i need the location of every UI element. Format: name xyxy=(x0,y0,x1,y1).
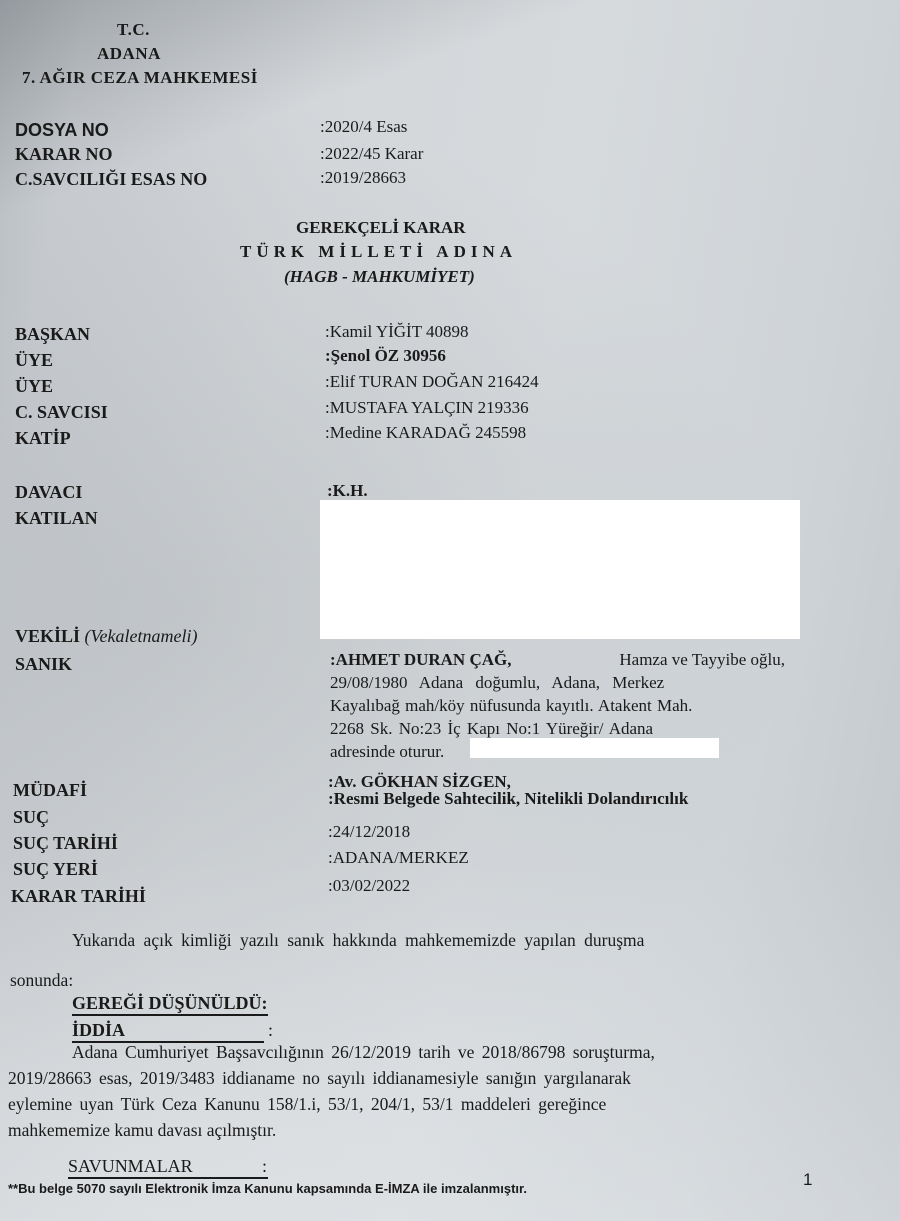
panel-label: ÜYE xyxy=(15,376,53,397)
detail-label: SUÇ xyxy=(13,807,49,828)
heading-text: SAVUNMALAR xyxy=(68,1156,268,1179)
redacted-block xyxy=(320,500,800,639)
detail-label: SUÇ YERİ xyxy=(13,859,98,880)
attorney-label: VEKİLİ (Vekaletnameli) xyxy=(15,626,197,647)
panel-value: :Kamil YİĞİT 40898 xyxy=(325,322,469,342)
defendant-line: :AHMET DURAN ÇAĞ, Hamza ve Tayyibe oğlu, xyxy=(330,648,785,671)
detail-value: :03/02/2022 xyxy=(328,876,410,896)
detail-value: :Resmi Belgede Sahtecilik, Nitelikli Dol… xyxy=(328,789,688,809)
detail-value: :ADANA/MERKEZ xyxy=(328,848,469,868)
defendant-name: :AHMET DURAN ÇAĞ, xyxy=(330,648,512,671)
defendant-line: 2268 Sk. No:23 İç Kapı No:1 Yüreğir/ Ada… xyxy=(330,717,785,740)
defendant-line: 29/08/1980 Adana doğumlu, Adana, Merkez xyxy=(330,671,785,694)
heading-colon: : xyxy=(262,1156,267,1176)
page-number: 1 xyxy=(803,1170,812,1190)
section-heading-considered: GEREĞİ DÜŞÜNÜLDÜ: xyxy=(72,993,268,1016)
claim-line: eylemine uyan Türk Ceza Kanunu 158/1.i, … xyxy=(8,1092,606,1117)
decision-subtitle: TÜRK MİLLETİ ADINA xyxy=(240,242,517,262)
redacted-address xyxy=(470,738,719,758)
header-city: ADANA xyxy=(97,44,161,64)
e-signature-note: **Bu belge 5070 sayılı Elektronik İmza K… xyxy=(8,1181,527,1196)
intro-line: sonunda: xyxy=(10,968,73,993)
case-value: :2020/4 Esas xyxy=(320,117,407,137)
detail-value: :24/12/2018 xyxy=(328,822,410,842)
defendant-label: SANIK xyxy=(15,654,72,675)
heading-text: GEREĞİ DÜŞÜNÜLDÜ: xyxy=(72,993,268,1016)
plaintiff-label: DAVACI xyxy=(15,482,82,503)
panel-label: C. SAVCISI xyxy=(15,402,108,423)
plaintiff-value: :K.H. xyxy=(327,481,368,501)
panel-value: :Şenol ÖZ 30956 xyxy=(325,346,446,366)
detail-label: SUÇ TARİHİ xyxy=(13,833,118,854)
section-heading-defenses: SAVUNMALAR: xyxy=(68,1156,267,1179)
header-tc: T.C. xyxy=(117,20,150,40)
case-value: :2022/45 Karar xyxy=(320,144,423,164)
panel-label: ÜYE xyxy=(15,350,53,371)
claim-line: Adana Cumhuriyet Başsavcılığının 26/12/2… xyxy=(72,1040,655,1065)
heading-colon: : xyxy=(268,1020,273,1040)
case-label: DOSYA NO xyxy=(15,120,109,141)
panel-label: KATİP xyxy=(15,428,71,449)
panel-value: :Medine KARADAĞ 245598 xyxy=(325,423,526,443)
claim-line: mahkememize kamu davası açılmıştır. xyxy=(8,1118,276,1143)
defendant-line: Kayalıbağ mah/köy nüfusunda kayıtlı. Ata… xyxy=(330,694,785,717)
attorney-label-text: VEKİLİ xyxy=(15,626,80,646)
decision-title: GEREKÇELİ KARAR xyxy=(296,218,466,238)
panel-value: :Elif TURAN DOĞAN 216424 xyxy=(325,372,539,392)
defendant-parents: Hamza ve Tayyibe oğlu, xyxy=(619,648,785,671)
intervener-label: KATILAN xyxy=(15,508,98,529)
attorney-note: (Vekaletnameli) xyxy=(85,626,198,646)
claim-line: 2019/28663 esas, 2019/3483 iddianame no … xyxy=(8,1066,631,1091)
detail-label: MÜDAFİ xyxy=(13,780,87,801)
header-court: 7. AĞIR CEZA MAHKEMESİ xyxy=(22,68,258,88)
panel-label: BAŞKAN xyxy=(15,324,90,345)
case-value: :2019/28663 xyxy=(320,168,406,188)
decision-type: (HAGB - MAHKUMİYET) xyxy=(284,267,475,287)
case-label: KARAR NO xyxy=(15,144,113,165)
intro-line: Yukarıda açık kimliği yazılı sanık hakkı… xyxy=(72,928,644,953)
detail-label: KARAR TARİHİ xyxy=(11,886,146,907)
case-label: C.SAVCILIĞI ESAS NO xyxy=(15,169,207,190)
panel-value: :MUSTAFA YALÇIN 219336 xyxy=(325,398,529,418)
